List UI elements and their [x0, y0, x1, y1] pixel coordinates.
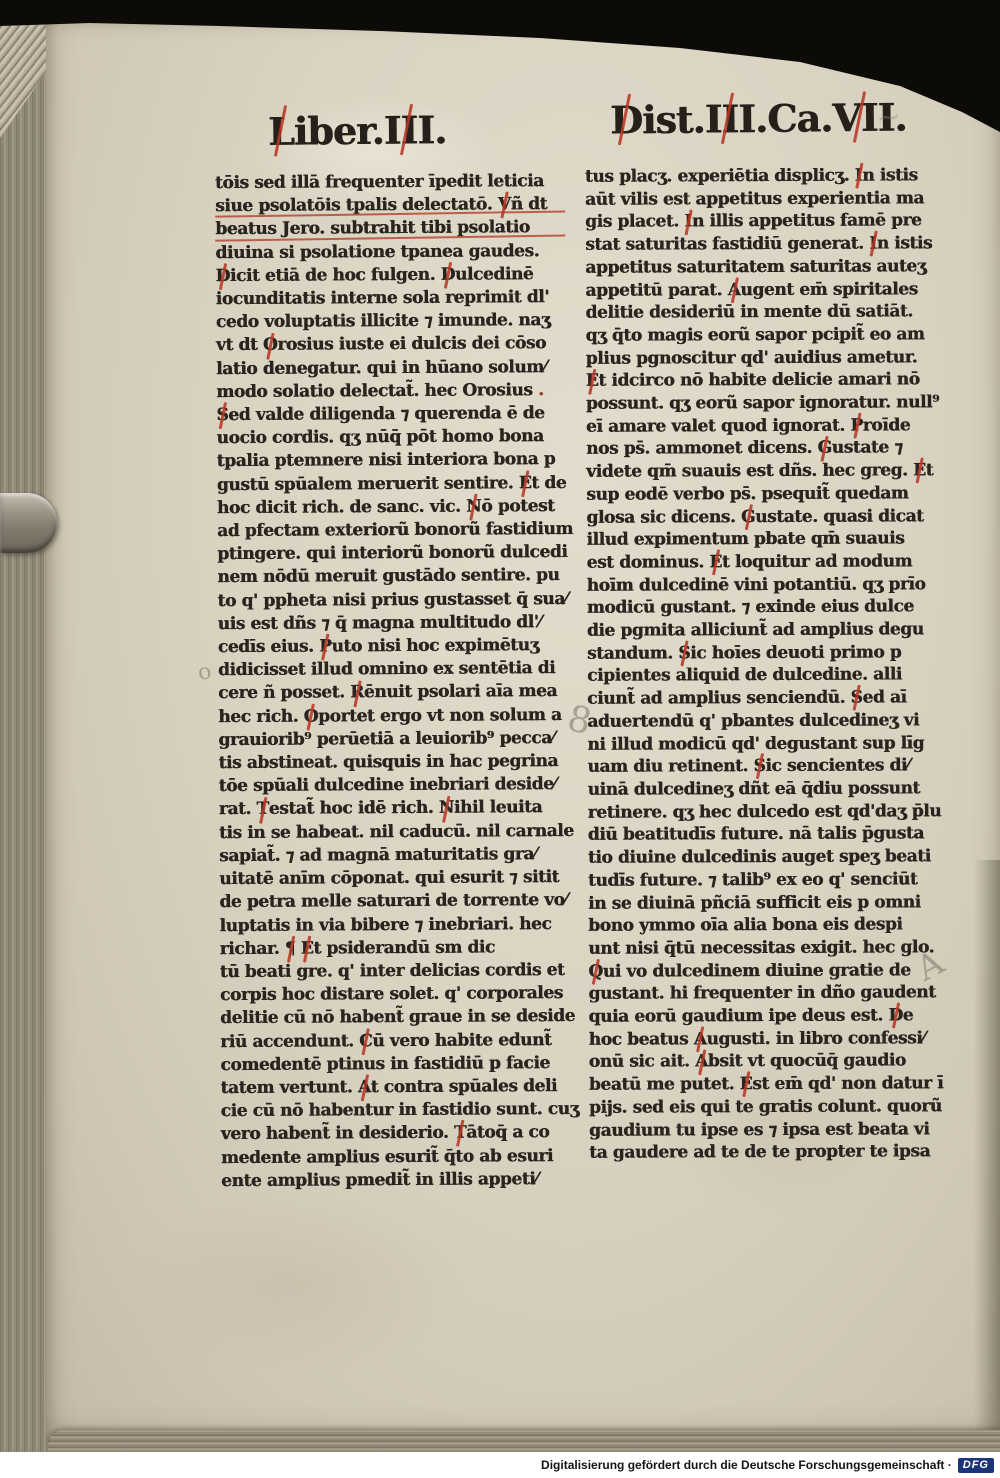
- text-line: to q' ppheta nisi prius gustasset q̄ sua…: [217, 588, 589, 613]
- text-line: in se diuinā pñciā sufficit eis p omni: [588, 891, 956, 915]
- text-line: hoc dicit rich. de sanc. vic. Nō potest: [217, 495, 589, 520]
- text-line: latio denegatur. qui in hūano solum⁄: [216, 355, 588, 380]
- text-line: ni illud modicū qd' degustant sup līg: [587, 732, 955, 756]
- text-line: tū beati gre. q' inter delicias cordis e…: [220, 959, 592, 984]
- text-line: aūt vilis est appetitus experientia ma: [585, 187, 953, 211]
- rubricated-letter: T: [256, 798, 268, 821]
- text-line: unt nisi q̄tū necessitas exigit. hec glo…: [588, 936, 956, 960]
- rubricated-letter: E: [709, 551, 722, 574]
- rubricated-letter: A: [695, 1051, 708, 1074]
- text-line: hoc beatus Augusti. in libro confessi⁄: [589, 1027, 957, 1051]
- rubricated-letter: I: [855, 165, 863, 188]
- rubricated-letter: S: [850, 687, 862, 710]
- text-line: cedīs eius. Puto nisi hoc expimētuʒ: [218, 634, 590, 659]
- text-line: Et idcirco nō habite delicie amari nō: [586, 369, 954, 393]
- text-line: siue psolatōis tpalis delectatō. Vñ dt: [215, 193, 587, 218]
- text-line: tatem vertunt. At contra spūales deli: [220, 1075, 592, 1100]
- text-line: ente amplius pmedit̃ in illis appeti⁄: [221, 1168, 593, 1193]
- text-line: Sed valde diligenda ⁊ querenda ē de: [216, 402, 588, 427]
- rubricated-letter: I: [684, 211, 692, 234]
- text-line: tis in se habeat. nil caducū. nil carnal…: [219, 820, 591, 845]
- rubricated-letter: D: [215, 265, 229, 288]
- text-line: cipientes aliquid de dulcedine. alli: [587, 664, 955, 688]
- rubricated-letter: G: [817, 437, 831, 460]
- text-line: retinere. qʒ hec dulcedo est qd'daʒ p̄lu: [588, 800, 956, 824]
- rubricated-letter: E: [740, 1073, 753, 1096]
- text-line: sup eodē verbo ps̄. psequit̃ quedam: [586, 482, 954, 506]
- text-line: die pgmita alliciunt̃ ad amplius degu: [587, 618, 955, 642]
- text-line: qʒ q̄to magis eorũ sapor pcipit̃ eo am: [586, 323, 954, 347]
- text-line: iocunditatis interne sola reprimit dl': [216, 286, 588, 311]
- text-line: appetitū parat. Augent em̄ spiritales: [585, 278, 953, 302]
- page-stack-bottom-edge: [48, 1430, 1000, 1454]
- text-line: luptatis in via bibere ⁊ inebriari. hec: [219, 912, 591, 937]
- rubricated-letter: T: [454, 1122, 466, 1145]
- text-line: tis abstineat. quisquis in hac pegrina: [218, 750, 590, 775]
- text-line: comedentē ptinus in fastidiū p facie: [220, 1052, 592, 1077]
- rubricated-letter: C: [359, 1030, 372, 1053]
- text-line: delitie desideriū in mente dū satiāt.: [585, 300, 953, 324]
- rubricated-letter: ¶: [285, 937, 296, 960]
- text-line: delitie cū nō habent̃ graue in se deside: [220, 1005, 592, 1030]
- text-line: ptingere. qui interiorũ bonorũ dulcedi: [217, 541, 589, 566]
- text-line: corpis hoc distare solet. q' corporales: [220, 982, 592, 1007]
- text-line: pijs. sed eis qui te gratis colunt. quor…: [589, 1095, 957, 1119]
- rubricated-letter: A: [728, 279, 741, 302]
- text-line: videte qm̄ suauis est dñs. hec greg. Et: [586, 459, 954, 483]
- text-line: tōe spūali dulcedine inebriari deside⁄: [219, 773, 591, 798]
- rubricated-letter: D: [888, 1004, 902, 1027]
- text-line: cie cū nō habentur in fastidio sunt. cuʒ: [221, 1098, 593, 1123]
- text-line: possunt. qʒ eorũ sapor ignoratur. null⁹: [586, 391, 954, 415]
- text-line: illud expimentum pbate qm̄ suauis: [586, 527, 954, 551]
- text-line: uinā dulcedineʒ dñt eā q̄diu possunt: [587, 777, 955, 801]
- text-line: uam diu retinent. Sic sencientes di⁄: [587, 754, 955, 778]
- rubricated-letter: R: [350, 682, 364, 705]
- text-column-right: tus placʒ. experiētia displicʒ. In istis…: [585, 164, 957, 1165]
- book-scan: Liber.III. Dist.III.Ca.VII. tōis sed ill…: [0, 0, 1000, 1478]
- text-line: didicisset illud omnino ex sentētia di: [218, 657, 590, 682]
- text-line: ta gaudere ad te de te propter te ipsa: [589, 1140, 957, 1164]
- text-line: hoīm dulcedinē vini potantiū. qʒ prīo: [587, 573, 955, 597]
- rubricated-letter: Q: [588, 960, 603, 983]
- credit-text: Digitalisierung gefördert durch die Deut…: [541, 1458, 952, 1472]
- rubricated-letter: P: [850, 414, 862, 437]
- rubricated-letter: III: [383, 107, 434, 153]
- rubricated-letter: E: [519, 472, 532, 495]
- text-line: gustant. hi frequenter in dño gaudent: [588, 982, 956, 1006]
- text-line: onū sic ait. Absit vt quocūq̄ gaudio: [589, 1050, 957, 1074]
- text-line: est dominus. Et loquitur ad modum: [587, 550, 955, 574]
- rubricated-letter: N: [439, 797, 454, 820]
- text-line: ciunt̃ ad amplius senciendū. Sed aī: [587, 686, 955, 710]
- text-line: uitatē anīm cōponat. qui esurit ⁊ sitit: [219, 866, 591, 891]
- text-line: richar. ¶ Et psiderandū sm dic: [220, 936, 592, 961]
- text-line: ad pfectam exteriorũ bonorũ fastidium: [217, 518, 589, 543]
- text-line: tpalia ptemnere nisi interiora bona p: [217, 448, 589, 473]
- rubricated-letter: E: [586, 370, 599, 393]
- text-line: stat saturitas fastidiū generat. In isti…: [585, 232, 953, 256]
- rubricated-letter: A: [358, 1076, 371, 1099]
- text-line: beatū me putet. Est em̄ qd' non datur ī: [589, 1072, 957, 1096]
- text-line: diū beatitudīs future. nā talis p̄gusta: [588, 823, 956, 847]
- text-line: appetitus saturitatem saturitas auteʒ: [585, 255, 953, 279]
- rubricated-letter: E: [913, 459, 926, 482]
- text-line: grauiorib⁹ perūetiā a leuiorib⁹ pecca⁄: [218, 727, 590, 752]
- text-line: tus placʒ. experiētia displicʒ. In istis: [585, 164, 953, 188]
- text-line: rat. Testat̃ hoc idē rich. Nihil leuita: [219, 796, 591, 821]
- page-curl-shadow: [974, 860, 1000, 1435]
- running-title-distinctio: Dist.III.Ca.VII.: [610, 94, 907, 142]
- text-line: beatus Jero. subtrahit tibi psolatio: [215, 216, 587, 241]
- text-line: tōis sed illā frequenter īpedit leticia: [215, 170, 587, 195]
- text-line: modicū gustant. ⁊ exinde eius dulce: [587, 596, 955, 620]
- text-line: riū accendunt. Cū vero habite edunt̃: [220, 1028, 592, 1053]
- text-line: Qui vo dulcedinem diuine gratie de: [588, 959, 956, 983]
- text-line: nem nōdū meruit gustādo sentire. pu: [217, 564, 589, 589]
- text-line: standum. Sic hoīes deuoti primo p: [587, 641, 955, 665]
- rubricated-letter: A: [694, 1028, 707, 1051]
- text-line: vero habent̃ in desiderio. Tātoq̄ a co: [221, 1121, 593, 1146]
- pencil-mark: ~: [874, 98, 904, 136]
- rubricated-letter: O: [263, 334, 278, 357]
- text-line: hec rich. Oportet ergo vt non solum a: [218, 704, 590, 729]
- rubricated-letter: D: [441, 263, 455, 286]
- rubricated-letter: S: [216, 404, 228, 427]
- rubricated-letter: V: [498, 194, 511, 217]
- digitization-credit-bar: Digitalisierung gefördert durch die Deut…: [0, 1452, 1000, 1478]
- rubricated-letter: L: [268, 109, 294, 154]
- text-line: sapiat̃. ⁊ ad magnā maturitatis gra⁄: [219, 843, 591, 868]
- text-line: bono ymmo oīa alia bona eis despi: [588, 913, 956, 937]
- rubricated-letter: III: [704, 96, 755, 142]
- text-line: uis est dñs ⁊ q̄ magna multitudo dl'⁄: [218, 611, 590, 636]
- rubricated-letter: E: [301, 937, 314, 960]
- text-line: tio diuine dulcedinis auget speʒ beati: [588, 845, 956, 869]
- paper-stain: [126, 1194, 466, 1374]
- red-mark: .: [538, 380, 544, 400]
- text-line: glosa sic dicens. Gustate. quasi dicat: [586, 505, 954, 529]
- text-line: Dicit etiā de hoc fulgen. Dulcedinē: [215, 263, 587, 288]
- rubricated-letter: P: [319, 636, 332, 659]
- rubricated-letter: S: [678, 642, 690, 665]
- text-line: cedo voluptatis illicite ⁊ imunde. naʒ: [216, 309, 588, 334]
- rubricated-letter: S: [753, 755, 765, 778]
- text-line: uocio cordis. qʒ nūq̄ pōt homo bona: [216, 425, 588, 450]
- rubricated-letter: I: [869, 233, 877, 256]
- text-line: gustū spūalem meruerit sentire. Et de: [217, 472, 589, 497]
- rubricated-letter: N: [466, 495, 481, 518]
- running-title-liber: Liber.III.: [268, 107, 447, 154]
- text-line: quia eorū gaudium ipe deus est. De: [588, 1004, 956, 1028]
- rubricated-letter: O: [304, 705, 319, 728]
- text-line: de petra melle saturari de torrente vo⁄: [219, 889, 591, 914]
- text-line: gaudium tu ipse es ⁊ ipsa est beata vi: [589, 1118, 957, 1142]
- text-line: tudīs future. ⁊ talib⁹ ex eo q' senciūt: [588, 868, 956, 892]
- text-line: medente amplius esurit̃ q̄to ab esuri: [221, 1144, 593, 1169]
- text-line: nos ps̄. ammonet dicens. Gustate ⁊: [586, 437, 954, 461]
- rubricated-letter: D: [610, 97, 642, 142]
- text-line: gis placet. In illis appetitus famē pre: [585, 210, 953, 234]
- text-line: cere ñ posset. Rēnuit psolari aīa mea: [218, 680, 590, 705]
- text-line: diuina si psolatione tpanea gaudes.: [215, 239, 587, 264]
- rubricated-letter: G: [741, 506, 755, 529]
- text-line: vt dt Orosius iuste ei dulcis dei cōso: [216, 332, 588, 357]
- text-line: modo solatio delectat̃. hec Orosius .: [216, 379, 588, 404]
- dfg-logo: DFG: [958, 1458, 994, 1473]
- text-line: eī amare valet quod ignorat. Proīde: [586, 414, 954, 438]
- text-line: aduertendū q' pbantes dulcedineʒ vi: [587, 709, 955, 733]
- text-column-left: tōis sed illā frequenter īpedit leticias…: [215, 170, 593, 1193]
- text-line: plius pgnoscitur qd' auidius ametur.: [586, 346, 954, 370]
